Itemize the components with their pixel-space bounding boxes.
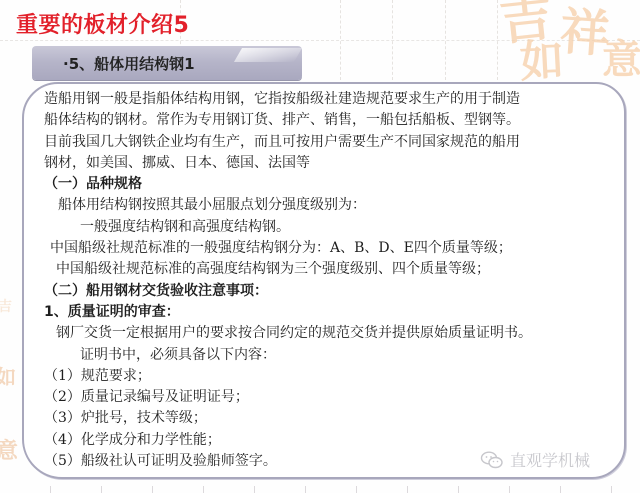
- calligraphy-watermark: 如: [0, 367, 16, 387]
- section-header-bar: ·5、船体用结构钢1: [32, 46, 302, 80]
- list-item: （2）质量记录编号及证明证号；: [44, 387, 624, 408]
- paragraph-line: 目前我国几大钢铁企业均有生产，而且可按用户需要生产不同国家规范的船用: [44, 132, 624, 153]
- wechat-watermark: 直观学机械: [480, 448, 590, 471]
- list-item: （3）炉批号，技术等级；: [44, 408, 624, 429]
- calligraphy-watermark: 吉: [497, 0, 554, 49]
- paragraph-line: 钢厂交货一定根据用户的要求按合同约定的规范交货并提供原始质量证明书。: [44, 323, 624, 344]
- wechat-icon: [480, 451, 504, 469]
- list-item: （1）规范要求；: [44, 366, 624, 387]
- calligraphy-watermark: 祥: [558, 6, 611, 59]
- paragraph-line: 一般强度结构钢和高强度结构钢。: [44, 217, 624, 238]
- slide: 吉 祥 如 意 吉 如 意 重要的板材介绍5 ·5、船体用结构钢1 造船用钢一般…: [0, 0, 640, 493]
- section-header-label: ·5、船体用结构钢1: [63, 53, 195, 74]
- subsection-heading: （二）船用钢材交货验收注意事项：: [44, 281, 624, 302]
- content-body: 造船用钢一般是指船体结构用钢，它指按船级社建造规范要求生产的用于制造 船体结构的…: [44, 89, 624, 472]
- paragraph-line: 中国船级社规范标准的高强度结构钢为三个强度级别、四个质量等级；: [44, 259, 624, 280]
- paragraph-line: 证明书中，必须具备以下内容：: [44, 345, 624, 366]
- calligraphy-watermark: 吉: [0, 300, 12, 314]
- calligraphy-watermark: 意: [0, 440, 18, 462]
- paragraph-line: 船体结构的钢材。常作为专用钢订货、排产、销售，一船包括船板、型钢等。: [44, 110, 624, 131]
- page-title: 重要的板材介绍5: [16, 8, 189, 39]
- paragraph-line: 中国船级社规范标准的一般强度结构钢分为：A、B、D、E四个质量等级；: [44, 238, 624, 259]
- subsection-heading: （一）品种规格: [44, 174, 624, 195]
- decorative-ticks: [0, 486, 640, 493]
- paragraph-line: 船体用结构钢按照其最小屈服点划分强度级别为：: [44, 195, 624, 216]
- paragraph-line: 钢材，如美国、挪威、日本、德国、法国等: [44, 153, 624, 174]
- calligraphy-watermark: 意: [602, 40, 640, 80]
- paragraph-line: 造船用钢一般是指船体结构用钢，它指按船级社建造规范要求生产的用于制造: [44, 89, 624, 110]
- decorative-dashed-line: [0, 40, 640, 41]
- wechat-account-name: 直观学机械: [510, 448, 590, 471]
- subsection-heading: 1、质量证明的审查：: [44, 302, 624, 323]
- calligraphy-watermark: 如: [519, 39, 565, 85]
